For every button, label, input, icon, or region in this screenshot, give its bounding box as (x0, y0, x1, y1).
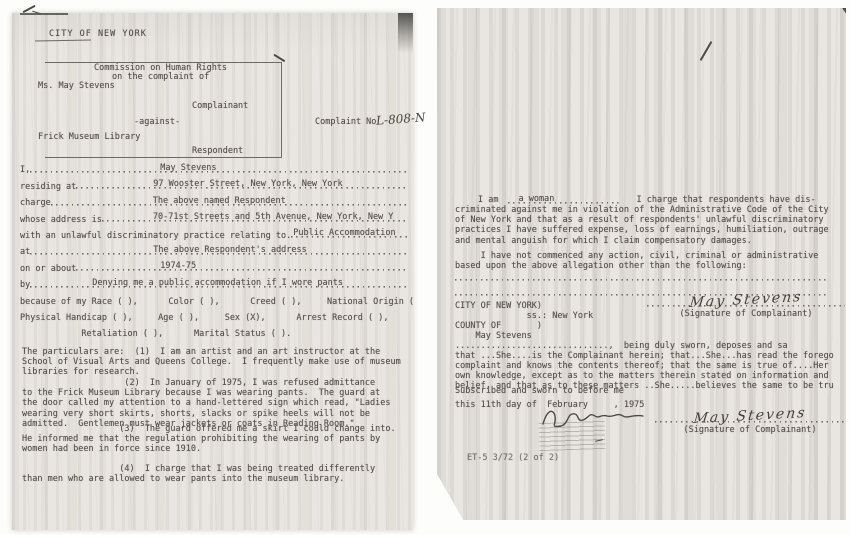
left-page: CITY OF NEW YORK Commission on Human Rig… (12, 13, 413, 530)
signature-block-bottom: May Stevens (Signature of Complainant) (655, 408, 845, 435)
form-value: Public Accommodation (293, 228, 395, 238)
form-row: at The above Respondent's address (12, 241, 408, 257)
caption-against: -against- (134, 117, 180, 127)
form-rows: I, May Stevens residing at 97 Wooster St… (12, 159, 408, 339)
form-label: at (20, 247, 30, 257)
right-page: I am a woman I charge that respondents h… (437, 8, 846, 520)
form-number: ET-5 3/72 (2 of 2) (467, 453, 559, 463)
form-row: on or about 1974-75 (12, 257, 408, 273)
dotted-leader: 97 Wooster Street, New York, New York (76, 175, 408, 191)
form-value: 1974-75 (160, 261, 196, 271)
dotted-leader: May Stevens (30, 159, 408, 175)
dotted-leader: 70-71st Streets and 5th Avenue, New York… (102, 208, 408, 224)
dotted-leader: The above Respondent's address (30, 241, 408, 257)
particulars-paragraph-1: The particulars are: (1) I am an artist … (22, 347, 401, 378)
form-value: The above Respondent's address (153, 245, 307, 255)
pen-mark (274, 54, 286, 62)
pen-mark (840, 2, 850, 25)
particulars-paragraph-3: (3) The guard offered me a skirt I could… (22, 424, 396, 455)
document-scan: CITY OF NEW YORK Commission on Human Rig… (0, 0, 850, 535)
form-row: by Denying me a public accommodation if … (12, 274, 408, 290)
oath-fill-blank: a woman (508, 194, 620, 205)
form-label: charge (20, 198, 51, 208)
form-label: on or about (20, 264, 76, 274)
page-title: CITY OF NEW YORK (49, 29, 147, 39)
form-label: residing at (20, 182, 76, 192)
complaint-no-label: Complaint No (315, 117, 376, 127)
dotted-leader: The above named Respondent (51, 192, 408, 208)
caption-on-complaint: on the complaint of (112, 72, 209, 82)
dotted-leader: 1974-75 (76, 257, 408, 273)
form-label: with an unlawful discriminatory practice… (20, 231, 291, 241)
basis-line: Physical Handicap ( ), Age ( ), Sex (X),… (12, 307, 408, 323)
form-value: The above named Respondent (153, 196, 286, 206)
pen-mark (700, 41, 713, 61)
form-row: charge The above named Respondent (12, 192, 408, 208)
oath-prefix: I am (478, 195, 498, 205)
form-value: 97 Wooster Street, New York, New York (153, 179, 342, 189)
oath-first-line: I am a woman I charge that respondents h… (455, 194, 836, 205)
affidavit-block: May Stevens ............................… (455, 331, 834, 391)
no-action-paragraph: I have not commenced any action, civil, … (455, 251, 818, 271)
form-row: I, May Stevens (12, 159, 408, 175)
form-row: with an unlawful discriminatory practice… (12, 225, 408, 241)
caption-respondent-name: Frick Museum Library (38, 132, 140, 142)
title-underline (35, 40, 91, 42)
scan-corner-shadow (398, 13, 413, 53)
basis-line: Retaliation ( ), Marital Status ( ). (12, 323, 408, 339)
scan-edge-artifact (20, 13, 68, 15)
form-label: whose address is (20, 215, 102, 225)
particulars-paragraph-2: (2) In January of 1975, I was refused ad… (22, 378, 390, 429)
form-row: residing at 97 Wooster Street, New York,… (12, 175, 408, 191)
particulars-paragraph-4: (4) I charge that I was being treated di… (22, 464, 375, 484)
dotted-leader: Public Accommodation (291, 225, 408, 241)
caption-respondent-label: Respondent (192, 146, 243, 156)
caption-complainant-label: Complainant (192, 101, 248, 111)
oath-paragraph: criminated against me in violation of th… (455, 205, 829, 246)
basis-line: because of my Race ( ), Color ( ), Creed… (12, 290, 408, 306)
form-row: whose address is 70-71st Streets and 5th… (12, 208, 408, 224)
signature-block-top: May Stevens (Signature of Complainant) (647, 292, 845, 319)
notary-stamp (539, 421, 606, 451)
venue-block: CITY OF NEW YORK) ss.: New York COUNTY O… (455, 301, 593, 332)
complaint-no-value: L-808-N (376, 110, 426, 127)
form-label: I, (20, 165, 30, 175)
form-value: May Stevens (160, 163, 216, 173)
torn-corner-edge (431, 470, 462, 521)
form-label: by (20, 280, 30, 290)
form-value: 70-71st Streets and 5th Avenue, New York… (153, 212, 394, 222)
oath-suffix: I charge that respondents have dis- (636, 195, 815, 205)
caption-complainant-name: Ms. May Stevens (38, 81, 115, 91)
oath-fill-value: a woman (518, 194, 554, 204)
dotted-blank-line (455, 279, 827, 281)
form-value: Denying me a public accommodation if I w… (92, 278, 343, 288)
dotted-leader: Denying me a public accommodation if I w… (30, 274, 408, 290)
subscribed-line: Subscribed and sworn to before me (455, 386, 624, 396)
